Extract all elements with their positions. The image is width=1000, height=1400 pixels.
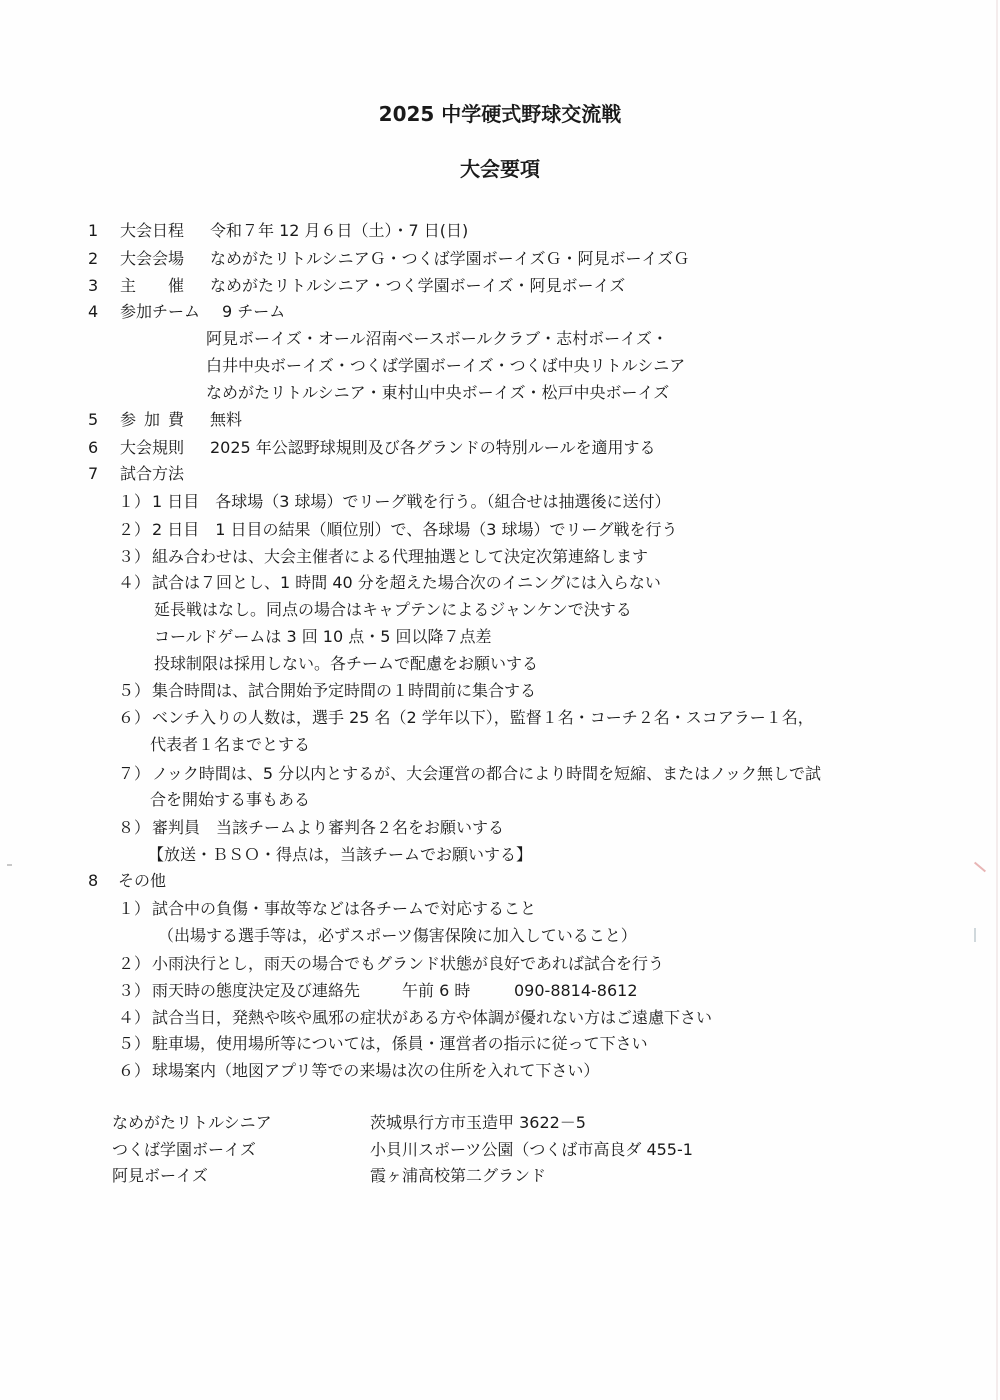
item-text: 2 日目 1 日目の結果（順位別）で、各球場（3 球場）でリーグ戦を行う [152,520,677,540]
contact-phone: 090-8814-8612 [514,981,638,1001]
section-number: 5 [88,410,98,430]
item-text: 試合中の負傷・事故等などは各チームで対応すること [152,899,536,919]
item-text: ノック時間は、5 分以内とするが、大会運営の都合により時間を短縮、またはノック無… [152,764,821,784]
item-number: ２） [118,954,150,974]
document-title: 2025 中学硬式野球交流戦 [0,98,1000,127]
section-label: 参加チーム [120,302,200,322]
section-value: なめがたリトルシニア・つく学園ボーイズ・阿見ボーイズ [210,276,625,296]
section-label: 大会日程 [120,221,184,241]
item-text: 雨天時の態度決定及び連絡先 [152,981,360,1001]
item-number: ７） [118,764,150,784]
item-text: 小雨決行とし，雨天の場合でもグランド状態が良好であれば試合を行う [152,954,664,974]
venue-team: つくば学園ボーイズ [112,1140,256,1160]
item-number: ３） [118,547,150,567]
team-list-line-1: 阿見ボーイズ・オール沼南ベースボールクラブ・志村ボーイズ・ [206,329,668,349]
section-number: 3 [88,276,98,296]
item-number: ４） [118,573,150,593]
item-number: ８） [118,818,150,838]
section-label: 参加費 [120,410,192,430]
section-number: 1 [88,221,98,241]
item-number: ６） [118,1061,150,1081]
item-continuation: コールドゲームは 3 回 10 点・5 回以降７点差 [154,627,492,647]
scan-speck [7,864,12,866]
item-text: 1 日目 各球場（3 球場）でリーグ戦を行う。（組合せは抽選後に送付） [152,492,671,512]
section-value: 令和７年 12 月６日（土）・7 日(日) [210,221,468,241]
item-number: １） [118,492,150,512]
item-number: １） [118,899,150,919]
venue-team: なめがたリトルシニア [112,1113,272,1133]
scan-speck [974,928,976,942]
item-continuation: （出場する選手等は，必ずスポーツ傷害保険に加入していること） [158,926,637,946]
item-text: 球場案内（地図アプリ等での来場は次の住所を入れて下さい） [152,1061,599,1081]
item-number: ３） [118,981,150,1001]
item-text: 集合時間は、試合開始予定時間の１時間前に集合する [152,681,536,701]
section-label: 大会規則 [120,438,184,458]
venue-address: 小貝川スポーツ公園（つくば市高良ダ 455-1 [370,1140,693,1160]
item-text: 審判員 当該チームより審判各２名をお願いする [152,818,504,838]
section-number: 2 [88,249,98,269]
item-number: ５） [118,681,150,701]
venue-team: 阿見ボーイズ [112,1166,208,1186]
scan-edge-line [996,0,998,1400]
item-text: ベンチ入りの人数は，選手 25 名（2 学年以下），監督１名・コーチ２名・スコア… [152,708,814,728]
venue-address: 茨城県行方市玉造甲 3622－5 [370,1113,586,1133]
venue-address: 霞ヶ浦高校第二グランド [370,1166,546,1186]
item-number: ２） [118,520,150,540]
section-label: その他 [118,871,166,891]
section-number: 8 [88,871,98,891]
section-number: 4 [88,302,98,322]
item-number: ４） [118,1008,150,1028]
section-value: 9 チーム [222,302,285,322]
section-number: 7 [88,464,98,484]
section-value: 2025 年公認野球規則及び各グランドの特別ルールを適用する [210,438,656,458]
item-text: 試合は７回とし、1 時間 40 分を超えた場合次のイニングには入らない [152,573,661,593]
item-continuation: 延長戦はなし。同点の場合はキャプテンによるジャンケンで決する [154,600,632,620]
item-continuation: 投球制限は採用しない。各チームで配慮をお願いする [154,654,538,674]
item-number: ５） [118,1034,150,1054]
contact-time: 午前 6 時 [402,981,470,1001]
team-list-line-3: なめがたリトルシニア・東村山中央ボーイズ・松戸中央ボーイズ [206,383,669,403]
item-text: 駐車場，使用場所等については，係員・運営者の指示に従って下さい [152,1034,648,1054]
document-subtitle: 大会要項 [0,153,1000,182]
item-text: 組み合わせは、大会主催者による代理抽選として決定次第連絡します [152,547,648,567]
scan-speck [974,862,986,873]
item-continuation: 合を開始する事もある [150,790,310,810]
document-page: 2025 中学硬式野球交流戦 大会要項 1 大会日程 令和７年 12 月６日（土… [0,0,1000,1400]
section-label: 大会会場 [120,249,184,269]
item-continuation: 【放送・ＢＳＯ・得点は，当該チームでお願いする】 [148,845,532,865]
item-number: ６） [118,708,150,728]
section-value: なめがたリトルシニアＧ・つくば学園ボーイズＧ・阿見ボーイズＧ [210,249,689,269]
team-list-line-2: 白井中央ボーイズ・つくば学園ボーイズ・つくば中央リトルシニア [206,356,685,376]
item-continuation: 代表者１名までとする [150,735,310,755]
section-number: 6 [88,438,98,458]
section-label: 試合方法 [120,464,184,484]
section-label: 主 催 [120,276,184,296]
item-text: 試合当日，発熱や咳や風邪の症状がある方や体調が優れない方はご遠慮下さい [152,1008,712,1028]
section-value: 無料 [210,410,242,430]
